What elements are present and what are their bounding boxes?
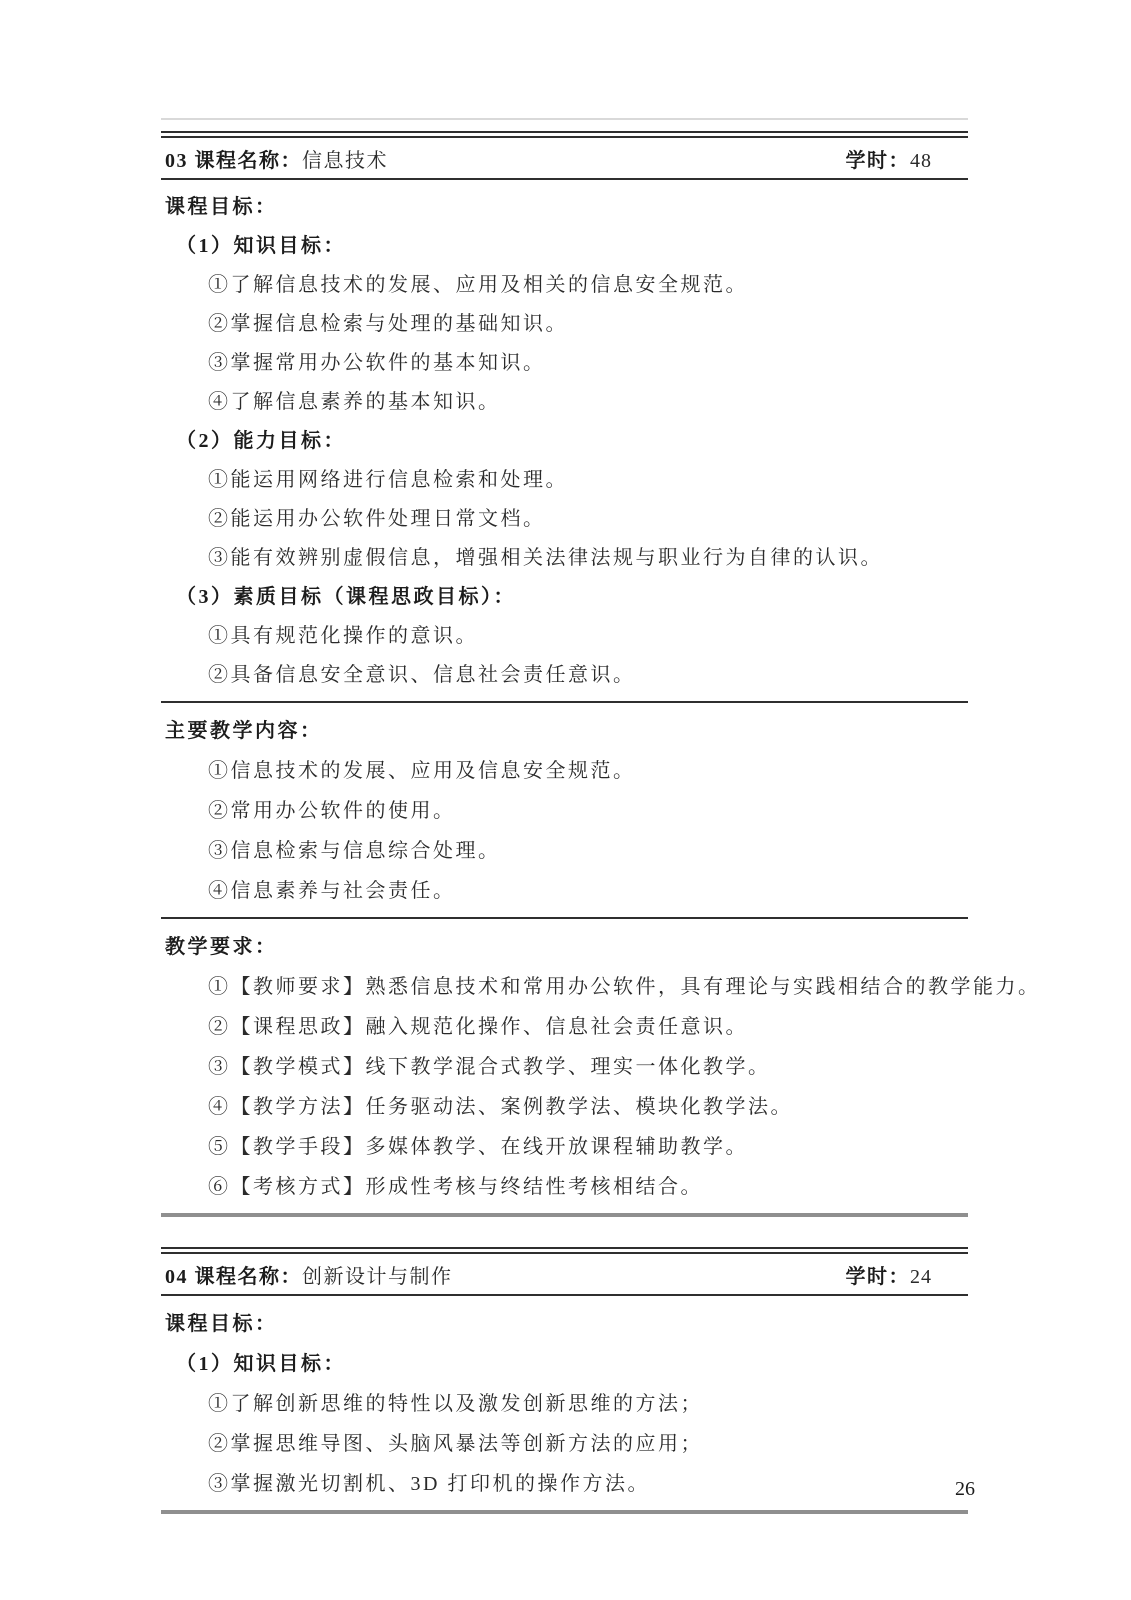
ability-goals-heading: （2）能力目标： [176,422,968,461]
list-item: ④了解信息素养的基本知识。 [208,383,968,422]
list-item: ①了解信息技术的发展、应用及相关的信息安全规范。 [208,266,968,305]
list-item: ①具有规范化操作的意识。 [208,617,968,656]
course03-hours-value: 48 [910,150,932,172]
list-item: ⑥【考核方式】形成性考核与终结性考核相结合。 [208,1167,968,1207]
list-item: ②具备信息安全意识、信息社会责任意识。 [208,656,968,695]
course04-header-row: 04 课程名称：创新设计与制作 学时：24 [161,1254,968,1294]
list-item: ②掌握信息检索与处理的基础知识。 [208,305,968,344]
table04-bottom-gray-rule [161,1510,968,1514]
list-item: ③掌握常用办公软件的基本知识。 [208,344,968,383]
knowledge-goals-heading: （1）知识目标： [176,227,968,266]
course-table-04: 04 课程名称：创新设计与制作 学时：24 课程目标： （1）知识目标： ①了解… [161,1247,968,1514]
page-top-rule [161,118,968,120]
course04-hours-label: 学时： [846,1266,911,1288]
list-item: ①信息技术的发展、应用及信息安全规范。 [208,751,968,791]
course03-hours-label: 学时： [846,150,911,172]
page-number: 26 [955,1478,975,1501]
goals-title: 课程目标： [165,1304,968,1344]
list-item: ③信息检索与信息综合处理。 [208,831,968,871]
list-item: ①能运用网络进行信息检索和处理。 [208,461,968,500]
list-item: ④【教学方法】任务驱动法、案例教学法、模块化教学法。 [208,1087,968,1127]
course03-title: 03 课程名称：信息技术 [165,144,388,173]
page-content: 03 课程名称：信息技术 学时：48 课程目标： （1）知识目标： ①了解信息技… [161,118,968,1514]
list-item: ②常用办公软件的使用。 [208,791,968,831]
knowledge-goals-heading: （1）知识目标： [176,1344,968,1384]
course03-name-label: 03 课程名称： [165,150,302,172]
teaching-requirements-title: 教学要求： [165,927,968,967]
course03-goals-block: 课程目标： （1）知识目标： ①了解信息技术的发展、应用及相关的信息安全规范。 … [161,180,968,701]
list-item: ③能有效辨别虚假信息，增强相关法律法规与职业行为自律的认识。 [208,539,968,578]
list-item: ③【教学模式】线下教学混合式教学、理实一体化教学。 [208,1047,968,1087]
list-item: ④信息素养与社会责任。 [208,871,968,911]
course04-hours-value: 24 [910,1266,932,1288]
course03-requirements-block: 教学要求： ①【教师要求】熟悉信息技术和常用办公软件，具有理论与实践相结合的教学… [161,919,968,1213]
course04-goals-block: 课程目标： （1）知识目标： ①了解创新思维的特性以及激发创新思维的方法； ②掌… [161,1296,968,1510]
quality-goals-heading: （3）素质目标（课程思政目标）： [176,578,968,617]
list-item: ②掌握思维导图、头脑风暴法等创新方法的应用； [208,1424,968,1464]
list-item: ②能运用办公软件处理日常文档。 [208,500,968,539]
teaching-content-title: 主要教学内容： [165,711,968,751]
course04-title: 04 课程名称：创新设计与制作 [165,1260,453,1289]
list-item: ③掌握激光切割机、3D 打印机的操作方法。 [208,1464,968,1504]
list-item: ⑤【教学手段】多媒体教学、在线开放课程辅助教学。 [208,1127,968,1167]
table04-top-double-rule [161,1247,968,1254]
course03-content-block: 主要教学内容： ①信息技术的发展、应用及信息安全规范。 ②常用办公软件的使用。 … [161,703,968,917]
list-item: ①了解创新思维的特性以及激发创新思维的方法； [208,1384,968,1424]
course03-header-row: 03 课程名称：信息技术 学时：48 [161,138,968,178]
course04-name-value: 创新设计与制作 [302,1266,453,1288]
course03-name-value: 信息技术 [302,150,388,172]
table-gap [161,1217,968,1247]
course03-hours: 学时：48 [846,144,967,173]
document-page: { "page_number": "26", "sections": [ { "… [0,0,1131,1600]
list-item: ①【教师要求】熟悉信息技术和常用办公软件，具有理论与实践相结合的教学能力。 [208,967,968,1007]
course-table-03: 03 课程名称：信息技术 学时：48 课程目标： （1）知识目标： ①了解信息技… [161,131,968,1217]
course04-hours: 学时：24 [846,1260,967,1289]
goals-title: 课程目标： [165,188,968,227]
table03-top-double-rule [161,131,968,138]
list-item: ②【课程思政】融入规范化操作、信息社会责任意识。 [208,1007,968,1047]
course04-name-label: 04 课程名称： [165,1266,302,1288]
